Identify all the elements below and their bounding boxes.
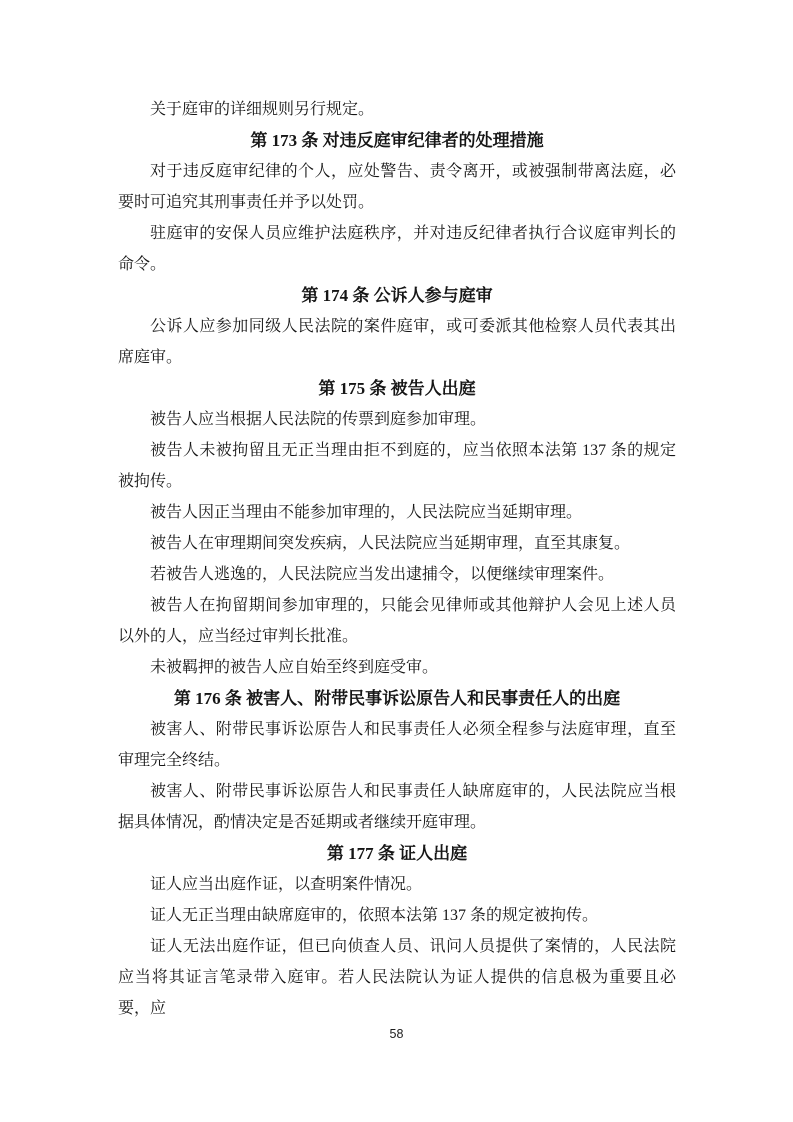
article-heading: 第 173 条 对违反庭审纪律者的处理措施: [118, 125, 676, 156]
body-paragraph: 证人无正当理由缺席庭审的，依照本法第 137 条的规定被拘传。: [118, 900, 676, 931]
article-heading: 第 176 条 被害人、附带民事诉讼原告人和民事责任人的出庭: [118, 683, 676, 714]
document-content: 关于庭审的详细规则另行规定。第 173 条 对违反庭审纪律者的处理措施对于违反庭…: [118, 94, 676, 1024]
body-paragraph: 公诉人应参加同级人民法院的案件庭审，或可委派其他检察人员代表其出席庭审。: [118, 311, 676, 373]
document-page: 关于庭审的详细规则另行规定。第 173 条 对违反庭审纪律者的处理措施对于违反庭…: [0, 0, 793, 1122]
body-paragraph: 未被羁押的被告人应自始至终到庭受审。: [118, 652, 676, 683]
body-paragraph: 被告人在拘留期间参加审理的，只能会见律师或其他辩护人会见上述人员以外的人，应当经…: [118, 590, 676, 652]
body-paragraph: 被告人在审理期间突发疾病，人民法院应当延期审理，直至其康复。: [118, 528, 676, 559]
body-paragraph: 被告人因正当理由不能参加审理的，人民法院应当延期审理。: [118, 497, 676, 528]
body-paragraph: 证人应当出庭作证，以查明案件情况。: [118, 869, 676, 900]
body-paragraph: 被告人未被拘留且无正当理由拒不到庭的，应当依照本法第 137 条的规定被拘传。: [118, 435, 676, 497]
article-heading: 第 177 条 证人出庭: [118, 838, 676, 869]
body-paragraph: 对于违反庭审纪律的个人，应处警告、责令离开，或被强制带离法庭，必要时可追究其刑事…: [118, 156, 676, 218]
body-paragraph: 被害人、附带民事诉讼原告人和民事责任人缺席庭审的，人民法院应当根据具体情况，酌情…: [118, 776, 676, 838]
article-heading: 第 174 条 公诉人参与庭审: [118, 280, 676, 311]
body-paragraph: 被害人、附带民事诉讼原告人和民事责任人必须全程参与法庭审理，直至审理完全终结。: [118, 714, 676, 776]
page-number: 58: [0, 1027, 793, 1041]
body-paragraph: 若被告人逃逸的，人民法院应当发出逮捕令，以便继续审理案件。: [118, 559, 676, 590]
body-paragraph: 驻庭审的安保人员应维护法庭秩序，并对违反纪律者执行合议庭审判长的命令。: [118, 218, 676, 280]
body-paragraph: 证人无法出庭作证，但已向侦查人员、讯问人员提供了案情的，人民法院应当将其证言笔录…: [118, 931, 676, 1024]
body-paragraph: 关于庭审的详细规则另行规定。: [118, 94, 676, 125]
article-heading: 第 175 条 被告人出庭: [118, 373, 676, 404]
body-paragraph: 被告人应当根据人民法院的传票到庭参加审理。: [118, 404, 676, 435]
